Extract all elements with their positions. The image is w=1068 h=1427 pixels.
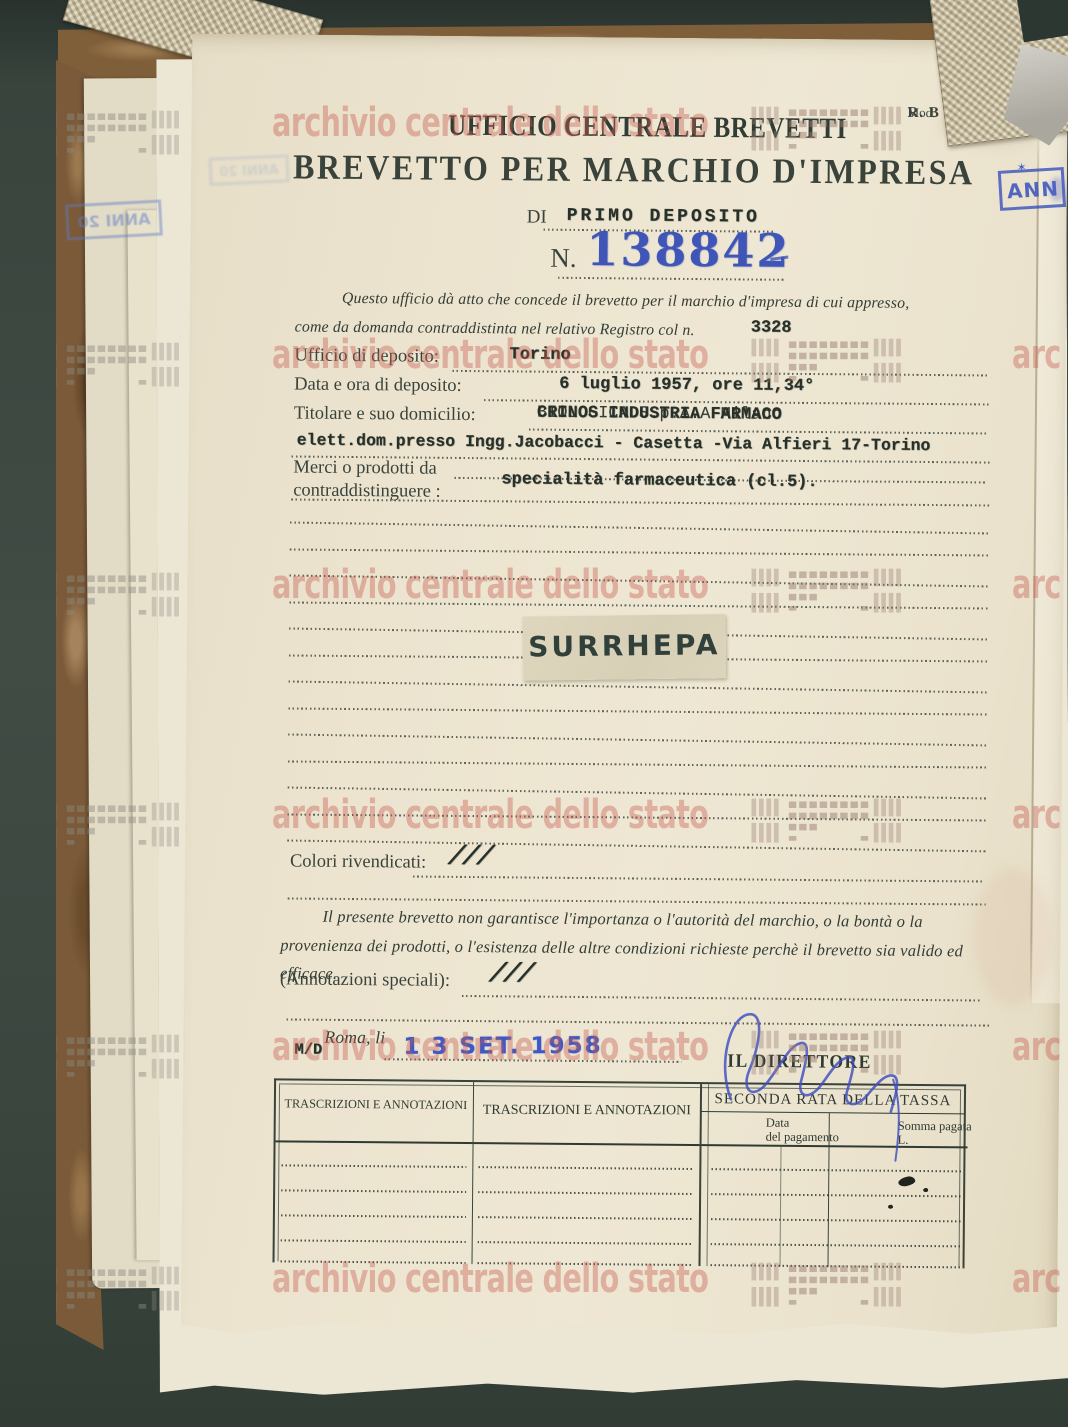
intro-line-2: come da domanda contraddistinta nel rela… (295, 318, 695, 339)
date-stamp: 1 3 SET. 1958 (403, 1033, 602, 1060)
intro-line-1: Questo ufficio dà atto che concede il br… (342, 290, 910, 313)
trademark-name: SURRHEPA (523, 628, 726, 663)
table-col2-header: TRASCRIZIONI E ANNOTAZIONI (479, 1103, 695, 1119)
field-titolare-label: Titolare e suo domicilio: (294, 403, 476, 426)
document-content: ANNI 20 Mod. R. B 3 UFFICIO CENTRALE BRE… (0, 0, 1068, 1427)
field-ufficio-value: Torino (509, 345, 570, 365)
md-mark: M/D (294, 1041, 322, 1059)
field-titolare-line2: elett.dom.presso Ingg.Jacobacci - Casett… (297, 431, 931, 456)
field-data-value: 6 luglio 1957, ore 11,34° (559, 375, 814, 396)
bleedthrough-smudge (972, 866, 1053, 1007)
number-label: N. (550, 243, 577, 274)
stamp-star-icon: ✶ (1016, 160, 1027, 176)
table-col1-header: TRASCRIZIONI E ANNOTAZIONI (284, 1096, 468, 1113)
anni-20-ghost-stamp: ANNI 20 (208, 154, 289, 185)
field-merci-value: specialità farmaceutica (cl.5). (501, 470, 817, 492)
ink-speck (888, 1205, 893, 1209)
stamp-ink-bleed (1049, 177, 1065, 201)
titolare-strong: CRINOS INDUSTRIA FARMACO (537, 404, 782, 425)
document-title: BREVETTO PER MARCHIO D'IMPRESA (293, 146, 975, 193)
page-tilt-group: ANNI 20 Mod. R. B 3 UFFICIO CENTRALE BRE… (0, 0, 1068, 1427)
trademark-label: SURRHEPA (523, 614, 727, 680)
archival-scan: ANNI 20 ANNI 20 Mod. R. B 3 UFFICIO CENT… (0, 0, 1068, 1427)
field-data-label: Data e ora di deposito: (294, 374, 462, 396)
place-label: Roma, li (324, 1027, 385, 1049)
subtitle-label: DI (527, 207, 547, 229)
colori-label: Colori rivendicati: (290, 851, 426, 873)
colori-value: /// (443, 843, 496, 873)
field-titolare-value: CRINOS INDUSTRIA FARMACOBIOLOGICA S.p.A.… (537, 404, 782, 425)
office-header: UFFICIO CENTRALE BREVETTI (447, 110, 847, 147)
annotazioni-label: (Annotazioni speciali): (280, 969, 450, 991)
field-ufficio-label: Ufficio di deposito: (294, 345, 439, 367)
ink-speck (923, 1188, 928, 1192)
registro-number: 3328 (751, 318, 792, 337)
field-merci-label-1: Merci o prodotti da (293, 457, 437, 479)
book-cover-corner (1017, 0, 1068, 42)
director-signature (708, 1004, 1009, 1177)
registration-number: 138842 (586, 222, 791, 278)
